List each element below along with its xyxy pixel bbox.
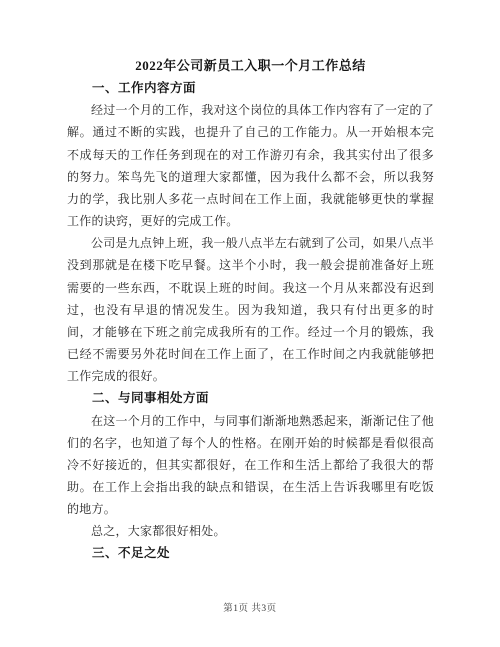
- document-page: 2022年公司新员工入职一个月工作总结 一、工作内容方面 经过一个月的工作，我对…: [0, 0, 500, 647]
- paragraph: 总之，大家都很好相处。: [67, 520, 434, 542]
- page-number-footer: 第1页 共3页: [0, 602, 500, 616]
- paragraph: 在这一个月的工作中，与同事们渐渐地熟悉起来，渐渐记住了他们的名字，也知道了每个人…: [67, 410, 434, 521]
- paragraph: 公司是九点钟上班，我一般八点半左右就到了公司，如果八点半没到那就是在楼下吃早餐。…: [67, 232, 434, 387]
- section-heading-work-content: 一、工作内容方面: [67, 77, 434, 99]
- document-body: 2022年公司新员工入职一个月工作总结 一、工作内容方面 经过一个月的工作，我对…: [67, 55, 434, 565]
- paragraph: 经过一个月的工作，我对这个岗位的具体工作内容有了一定的了解。通过不断的实践，也提…: [67, 99, 434, 232]
- section-heading-shortcomings: 三、不足之处: [67, 542, 434, 564]
- section-heading-colleagues: 二、与同事相处方面: [67, 387, 434, 409]
- document-title: 2022年公司新员工入职一个月工作总结: [67, 55, 434, 77]
